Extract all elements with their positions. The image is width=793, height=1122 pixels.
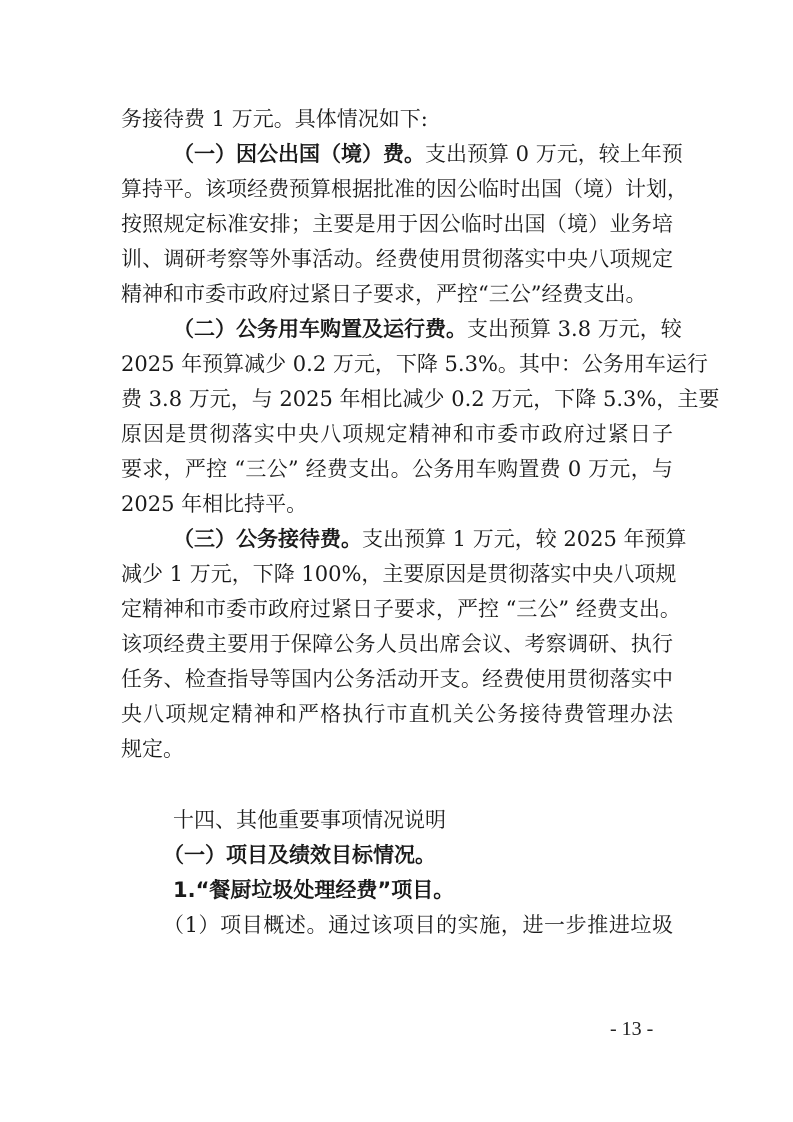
document-page: 务接待费 1 万元。具体情况如下: （一）因公出国（境）费。支出预算 0 万元，…	[0, 0, 793, 1122]
heading-vehicle-expense: （二）公务用车购置及运行费。	[173, 317, 467, 341]
text-line: 务接待费 1 万元。具体情况如下:	[121, 104, 673, 134]
section-heading: 十四、其他重要事项情况说明	[173, 805, 673, 835]
text-line: 训、调研考察等外事活动。经费使用贯彻落实中央八项规定	[121, 244, 673, 274]
text-line: 任务、检查指导等国内公务活动开支。经费使用贯彻落实中	[121, 664, 673, 694]
text-line: 2025 年预算减少 0.2 万元，下降 5.3%。其中：公务用车运行	[121, 349, 673, 379]
paragraph-reception-expense: （三）公务接待费。支出预算 1 万元，较 2025 年预算	[173, 524, 673, 554]
subsection-heading: （一）项目及绩效目标情况。	[163, 840, 663, 870]
paragraph-overseas-expense: （一）因公出国（境）费。支出预算 0 万元，较上年预	[173, 139, 673, 169]
text-line: 央八项规定精神和严格执行市直机关公务接待费管理办法	[121, 699, 673, 729]
text-line: 精神和市委市政府过紧日子要求，严控“三公”经费支出。	[121, 279, 673, 309]
item-heading: 1.“餐厨垃圾处理经费”项目。	[173, 875, 673, 905]
text-line: 要求，严控 “三公” 经费支出。公务用车购置费 0 万元，与	[121, 454, 673, 484]
page-number: - 13 -	[610, 1018, 653, 1041]
text-line: 定精神和市委市政府过紧日子要求，严控 “三公” 经费支出。	[121, 594, 673, 624]
text-line: 算持平。该项经费预算根据批准的因公临时出国（境）计划，	[121, 174, 673, 204]
item-intro: （1）项目概述。通过该项目的实施，进一步推进垃圾	[163, 910, 673, 940]
text-line: 费 3.8 万元，与 2025 年相比减少 0.2 万元，下降 5.3%，主要	[121, 384, 673, 414]
heading-reception-expense: （三）公务接待费。	[173, 527, 362, 551]
text-line: 减少 1 万元，下降 100%，主要原因是贯彻落实中央八项规	[121, 559, 673, 589]
text-line: 按照规定标准安排；主要是用于因公临时出国（境）业务培	[121, 209, 673, 239]
text-line: 2025 年相比持平。	[121, 489, 673, 519]
paragraph-vehicle-expense: （二）公务用车购置及运行费。支出预算 3.8 万元，较	[173, 314, 673, 344]
heading-overseas-expense: （一）因公出国（境）费。	[173, 142, 425, 166]
text-line: 规定。	[121, 734, 673, 764]
text-line: 该项经费主要用于保障公务人员出席会议、考察调研、执行	[121, 629, 673, 659]
text-line: 原因是贯彻落实中央八项规定精神和市委市政府过紧日子	[121, 419, 673, 449]
